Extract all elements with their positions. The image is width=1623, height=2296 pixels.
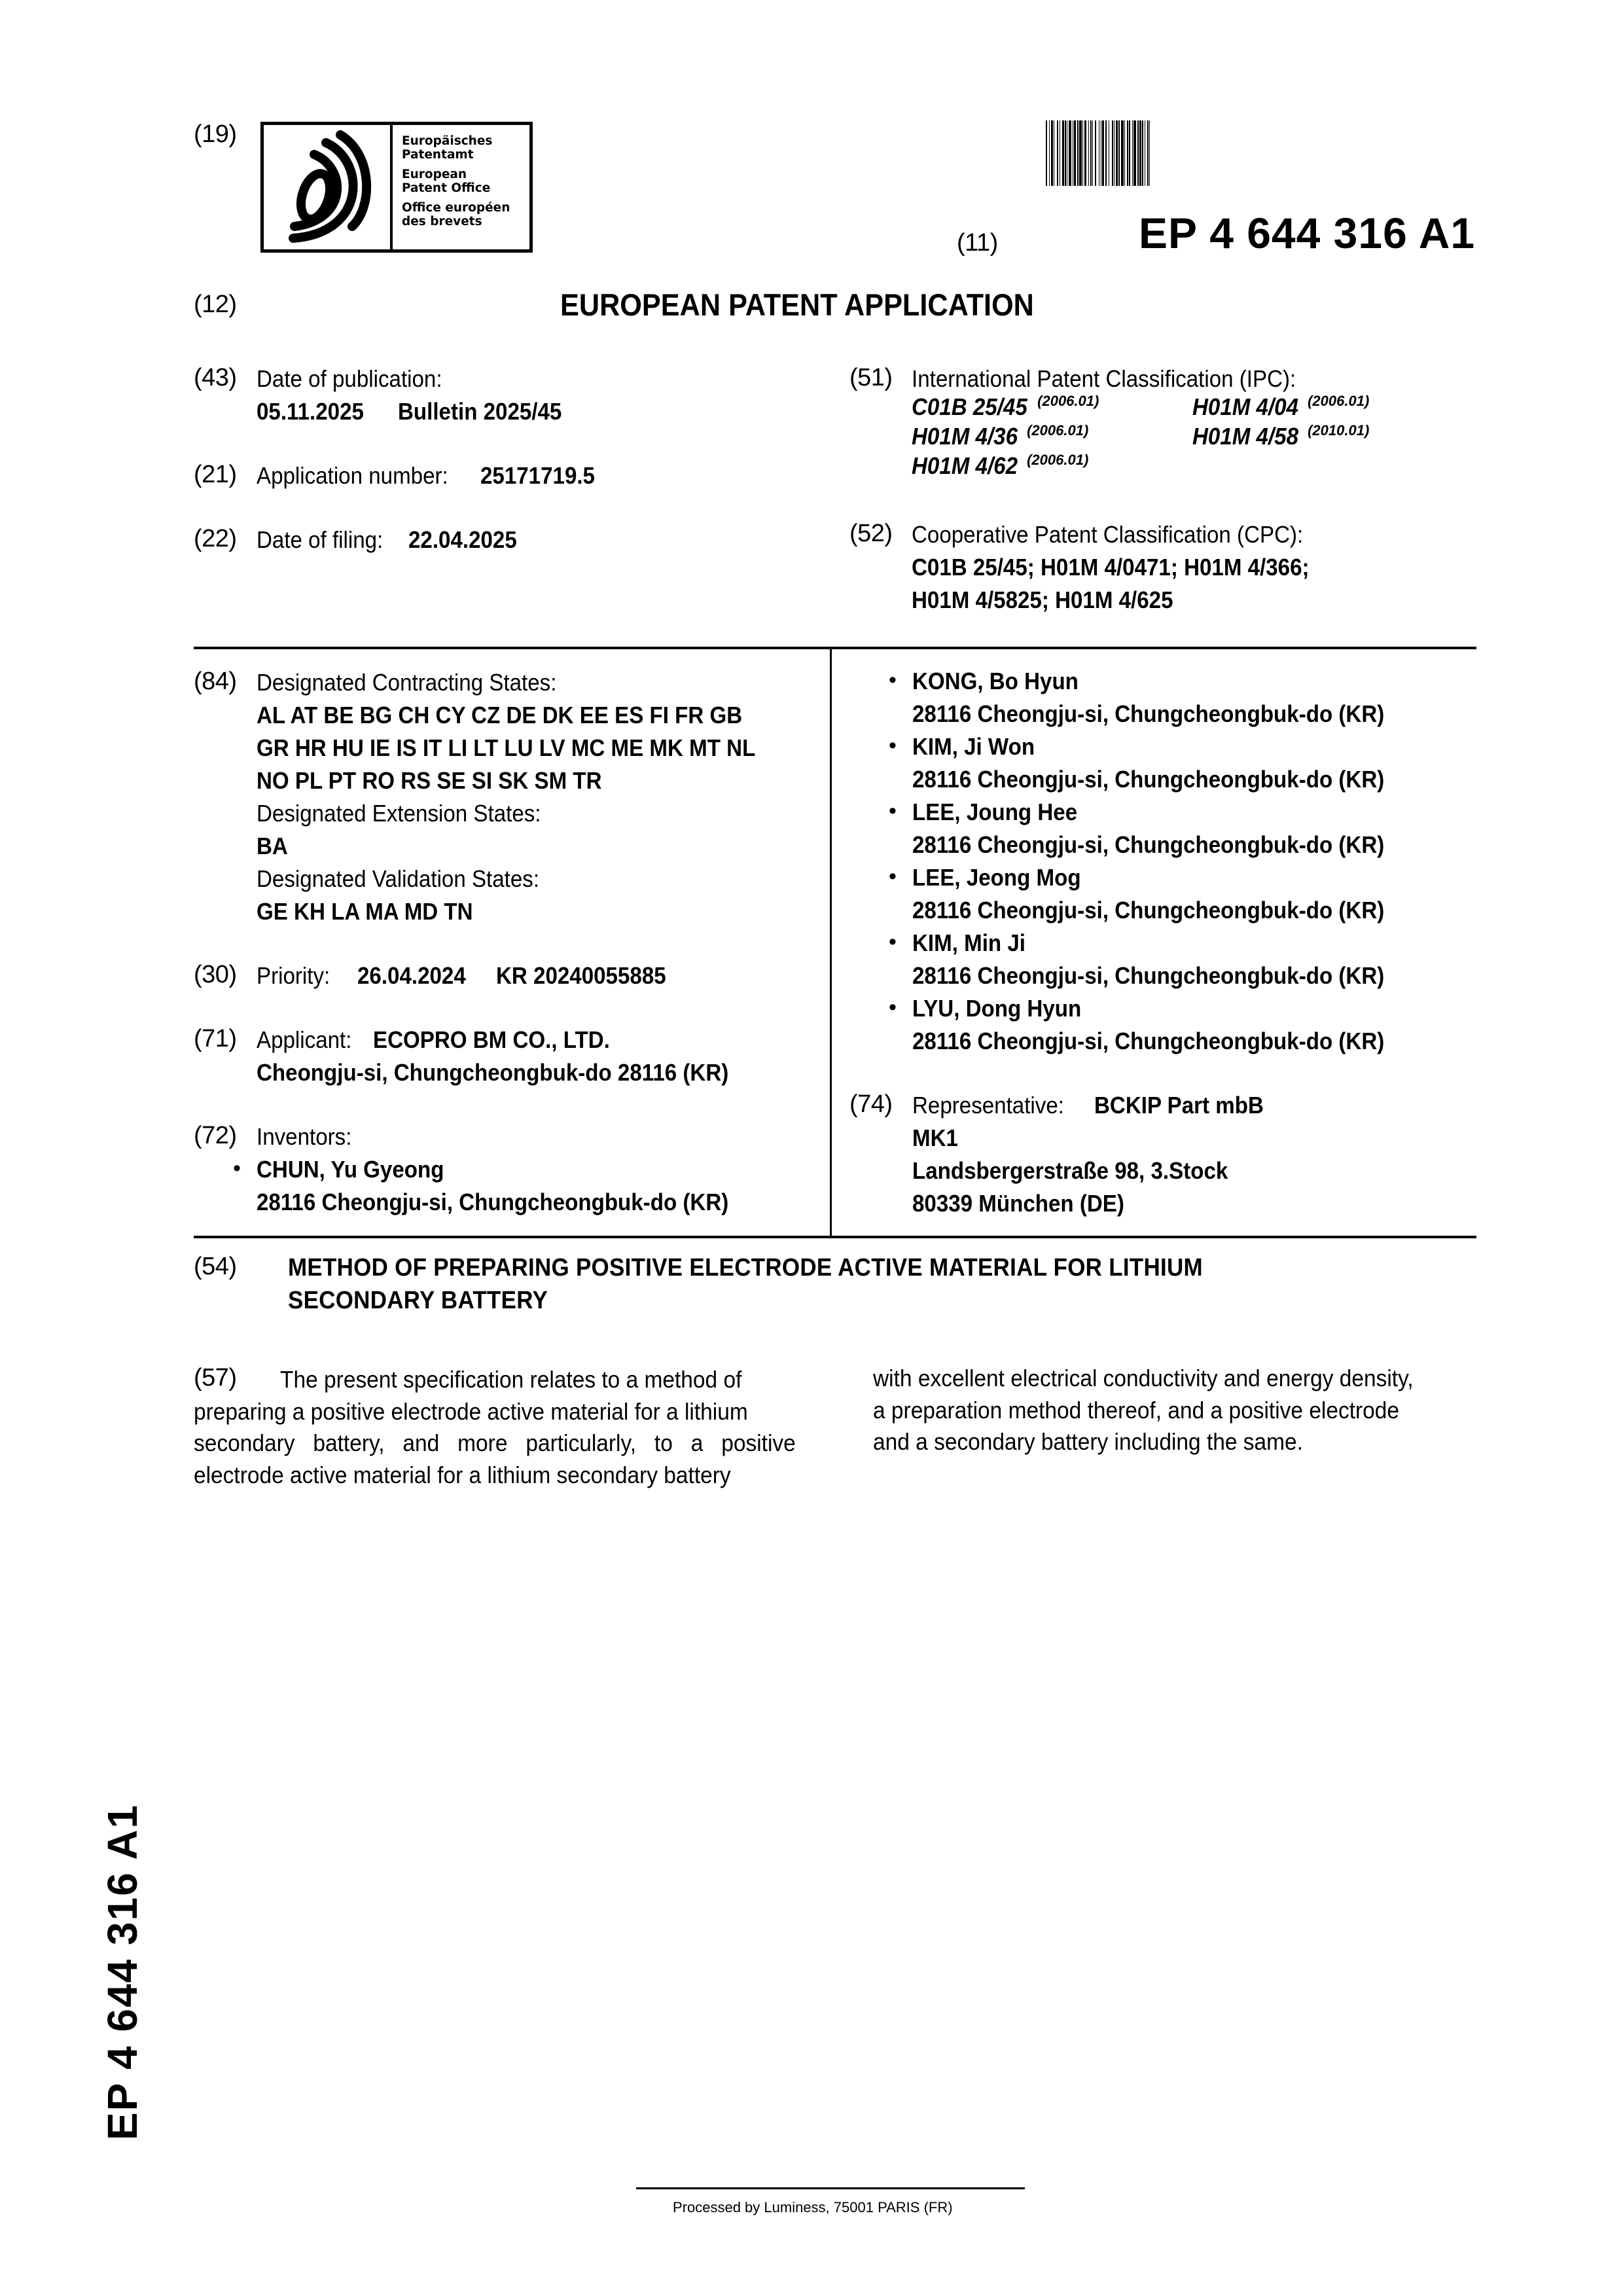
representative-line: 80339 München (DE) bbox=[912, 1190, 1124, 1217]
ipc-entry: H01M 4/04(2006.01) bbox=[1192, 393, 1369, 421]
logo-line: des brevets bbox=[402, 215, 510, 228]
inventor-name: KIM, Ji Won bbox=[912, 733, 1035, 761]
inid-code-11: (11) bbox=[957, 229, 998, 257]
inid-code-52: (52) bbox=[849, 520, 893, 548]
epo-logo-text: Europäisches Patentamt European Patent O… bbox=[393, 125, 510, 249]
inventors-label: Inventors: bbox=[257, 1123, 351, 1151]
filing-date: 22.04.2025 bbox=[408, 526, 517, 554]
inid-code-71: (71) bbox=[194, 1025, 237, 1053]
abstract-left-column: The present specification relates to a m… bbox=[194, 1364, 796, 1491]
ipc-version: (2006.01) bbox=[1037, 393, 1099, 409]
contracting-states-label: Designated Contracting States: bbox=[257, 669, 556, 696]
applicant-label: Applicant: bbox=[257, 1026, 351, 1054]
ipc-entry: C01B 25/45(2006.01) bbox=[912, 393, 1099, 421]
logo-line: Patent Office bbox=[402, 181, 510, 195]
inventor-name: LYU, Dong Hyun bbox=[912, 995, 1081, 1022]
publication-number: EP 4 644 316 A1 bbox=[1139, 208, 1475, 258]
applicant-name: ECOPRO BM CO., LTD. bbox=[373, 1026, 610, 1054]
extension-states-label: Designated Extension States: bbox=[257, 800, 541, 827]
logo-line: Europäisches bbox=[402, 134, 510, 148]
representative-line: Landsbergerstraße 98, 3.Stock bbox=[912, 1157, 1228, 1185]
logo-line: European bbox=[402, 168, 510, 181]
column-divider bbox=[830, 648, 832, 1237]
representative-label: Representative: bbox=[912, 1092, 1064, 1119]
abstract-line: preparing a positive electrode active ma… bbox=[194, 1396, 796, 1428]
representative-name: BCKIP Part mbB bbox=[1094, 1092, 1264, 1119]
bullet-icon: • bbox=[889, 798, 897, 824]
applicant-address: Cheongju-si, Chungcheongbuk-do 28116 (KR… bbox=[257, 1059, 728, 1086]
inventor-name: LEE, Joung Hee bbox=[912, 798, 1077, 826]
ipc-version: (2006.01) bbox=[1027, 422, 1088, 439]
inventor-address: 28116 Cheongju-si, Chungcheongbuk-do (KR… bbox=[912, 897, 1384, 924]
inid-code-21: (21) bbox=[194, 461, 237, 489]
inid-code-19: (19) bbox=[194, 120, 237, 149]
section-divider-top bbox=[194, 647, 1476, 649]
bullet-icon: • bbox=[233, 1156, 241, 1181]
bullet-icon: • bbox=[889, 864, 897, 889]
abstract-right-column: with excellent electrical conductivity a… bbox=[873, 1363, 1476, 1458]
inid-code-22: (22) bbox=[194, 525, 237, 553]
cpc-line: H01M 4/5825; H01M 4/625 bbox=[912, 586, 1173, 614]
abstract-line: The present specification relates to a m… bbox=[194, 1364, 796, 1396]
abstract-line: and a secondary battery including the sa… bbox=[873, 1426, 1476, 1458]
ipc-class: H01M 4/04 bbox=[1192, 393, 1298, 421]
publication-date: 05.11.2025 bbox=[257, 398, 364, 425]
inventor-address: 28116 Cheongju-si, Chungcheongbuk-do (KR… bbox=[912, 766, 1384, 793]
validation-states-label: Designated Validation States: bbox=[257, 865, 539, 893]
document-type: EUROPEAN PATENT APPLICATION bbox=[560, 287, 1034, 323]
contracting-states-line: AL AT BE BG CH CY CZ DE DK EE ES FI FR G… bbox=[257, 702, 742, 729]
ipc-version: (2006.01) bbox=[1308, 393, 1369, 409]
invention-title-line: SECONDARY BATTERY bbox=[288, 1287, 548, 1315]
inventor-name: CHUN, Yu Gyeong bbox=[257, 1156, 444, 1183]
inventor-name: LEE, Jeong Mog bbox=[912, 864, 1081, 891]
validation-states: GE KH LA MA MD TN bbox=[257, 898, 473, 925]
inid-code-43: (43) bbox=[194, 364, 237, 392]
inid-code-54: (54) bbox=[194, 1253, 237, 1281]
contracting-states-line: NO PL PT RO RS SE SI SK SM TR bbox=[257, 767, 602, 795]
inid-code-12: (12) bbox=[194, 291, 237, 319]
ipc-class: H01M 4/58 bbox=[1192, 423, 1298, 450]
bullet-icon: • bbox=[889, 929, 897, 955]
ipc-class: H01M 4/36 bbox=[912, 423, 1018, 450]
application-number-label: Application number: bbox=[257, 462, 448, 490]
ipc-entry: H01M 4/62(2006.01) bbox=[912, 452, 1088, 480]
bullet-icon: • bbox=[889, 995, 897, 1020]
ipc-entry: H01M 4/36(2006.01) bbox=[912, 422, 1088, 450]
section-divider-bottom bbox=[194, 1236, 1476, 1238]
priority-label: Priority: bbox=[257, 962, 330, 990]
barcode bbox=[1046, 120, 1344, 186]
logo-line: Patentamt bbox=[402, 148, 510, 162]
ipc-class: C01B 25/45 bbox=[912, 393, 1027, 421]
footer-text: Processed by Luminess, 75001 PARIS (FR) bbox=[673, 2199, 953, 2216]
ipc-class: H01M 4/62 bbox=[912, 452, 1018, 480]
ipc-version: (2010.01) bbox=[1308, 422, 1369, 439]
footer-rule bbox=[636, 2187, 1025, 2189]
publication-date-label: Date of publication: bbox=[257, 365, 442, 393]
bullet-icon: • bbox=[889, 668, 897, 693]
inventor-address: 28116 Cheongju-si, Chungcheongbuk-do (KR… bbox=[257, 1189, 728, 1216]
inventor-address: 28116 Cheongju-si, Chungcheongbuk-do (KR… bbox=[912, 1028, 1384, 1055]
epo-logo: Europäisches Patentamt European Patent O… bbox=[260, 122, 533, 253]
inventor-name: KONG, Bo Hyun bbox=[912, 668, 1079, 695]
side-publication-number: EP 4 644 316 A1 bbox=[98, 1804, 147, 2140]
inid-code-74: (74) bbox=[849, 1090, 893, 1119]
inid-code-51: (51) bbox=[849, 364, 893, 392]
representative-line: MK1 bbox=[912, 1124, 958, 1152]
priority-date: 26.04.2024 bbox=[357, 962, 466, 990]
epo-logo-icon bbox=[264, 125, 393, 249]
abstract-line: with excellent electrical conductivity a… bbox=[873, 1363, 1476, 1395]
logo-line: Office européen bbox=[402, 201, 510, 215]
bulletin: Bulletin 2025/45 bbox=[398, 398, 562, 425]
inid-code-84: (84) bbox=[194, 668, 237, 696]
inid-code-30: (30) bbox=[194, 961, 237, 989]
ipc-label: International Patent Classification (IPC… bbox=[912, 365, 1296, 393]
cpc-line: C01B 25/45; H01M 4/0471; H01M 4/366; bbox=[912, 554, 1310, 581]
bullet-icon: • bbox=[889, 733, 897, 759]
application-number: 25171719.5 bbox=[480, 462, 595, 490]
priority-number: KR 20240055885 bbox=[496, 962, 666, 990]
inventor-address: 28116 Cheongju-si, Chungcheongbuk-do (KR… bbox=[912, 831, 1384, 859]
inventor-name: KIM, Min Ji bbox=[912, 929, 1026, 957]
invention-title-line: METHOD OF PREPARING POSITIVE ELECTRODE A… bbox=[288, 1254, 1203, 1282]
abstract-line: secondary battery, and more particularly… bbox=[194, 1427, 796, 1460]
inid-code-72: (72) bbox=[194, 1122, 237, 1150]
contracting-states-line: GR HR HU IE IS IT LI LT LU LV MC ME MK M… bbox=[257, 734, 755, 762]
abstract-line: a preparation method thereof, and a posi… bbox=[873, 1395, 1476, 1427]
cpc-label: Cooperative Patent Classification (CPC): bbox=[912, 521, 1303, 548]
inventor-address: 28116 Cheongju-si, Chungcheongbuk-do (KR… bbox=[912, 962, 1384, 990]
abstract-line: electrode active material for a lithium … bbox=[194, 1460, 796, 1492]
ipc-entry: H01M 4/58(2010.01) bbox=[1192, 422, 1369, 450]
extension-states: BA bbox=[257, 833, 288, 860]
filing-date-label: Date of filing: bbox=[257, 526, 383, 554]
inventor-address: 28116 Cheongju-si, Chungcheongbuk-do (KR… bbox=[912, 700, 1384, 728]
ipc-version: (2006.01) bbox=[1027, 452, 1088, 468]
